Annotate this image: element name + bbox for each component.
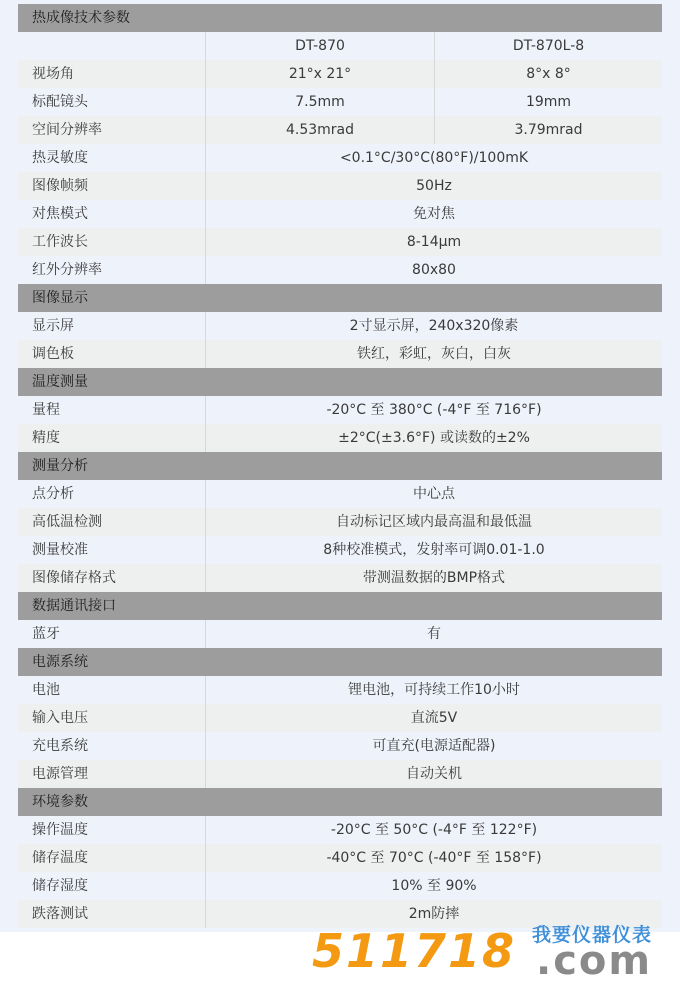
- table-row: 图像储存格式 带测温数据的BMP格式: [18, 564, 662, 592]
- row-value: 免对焦: [206, 200, 662, 228]
- row-value: 50Hz: [206, 172, 662, 200]
- table-row: 储存湿度 10% 至 90%: [18, 872, 662, 900]
- row-value: 8-14μm: [206, 228, 662, 256]
- row-label: 充电系统: [18, 732, 206, 760]
- section-header-image-display: 图像显示: [18, 284, 662, 312]
- row-value: 80x80: [206, 256, 662, 284]
- table-row: 蓝牙 有: [18, 620, 662, 648]
- row-value: 4.53mrad: [206, 116, 435, 144]
- row-value: 自动关机: [206, 760, 662, 788]
- row-label: 高低温检测: [18, 508, 206, 536]
- table-row: 红外分辨率 80x80: [18, 256, 662, 284]
- section-header-power-system: 电源系统: [18, 648, 662, 676]
- row-label: 输入电压: [18, 704, 206, 732]
- row-value: 8°x 8°: [435, 60, 662, 88]
- section-header-data-interface: 数据通讯接口: [18, 592, 662, 620]
- row-label: 工作波长: [18, 228, 206, 256]
- section-header-environment: 环境参数: [18, 788, 662, 816]
- section-header-temperature-measurement: 温度测量: [18, 368, 662, 396]
- row-label: 显示屏: [18, 312, 206, 340]
- row-label: 储存湿度: [18, 872, 206, 900]
- table-row: 高低温检测 自动标记区域内最高温和最低温: [18, 508, 662, 536]
- row-label: 视场角: [18, 60, 206, 88]
- row-label: 对焦模式: [18, 200, 206, 228]
- row-value: -20°C 至 380°C (-4°F 至 716°F): [206, 396, 662, 424]
- table-row: 电池 锂电池，可持续工作10小时: [18, 676, 662, 704]
- row-label: 量程: [18, 396, 206, 424]
- table-row: 充电系统 可直充(电源适配器): [18, 732, 662, 760]
- table-row: 图像帧频 50Hz: [18, 172, 662, 200]
- logo-number: 511718: [312, 924, 516, 978]
- row-label: 蓝牙: [18, 620, 206, 648]
- watermark-logo: 511718 我要仪器仪表 .com: [312, 918, 672, 988]
- row-label: 精度: [18, 424, 206, 452]
- logo-domain: .com: [536, 938, 652, 984]
- row-value: 中心点: [206, 480, 662, 508]
- row-value: 21°x 21°: [206, 60, 435, 88]
- table-row: 量程 -20°C 至 380°C (-4°F 至 716°F): [18, 396, 662, 424]
- row-value: 铁红，彩虹，灰白，白灰: [206, 340, 662, 368]
- row-value: 直流5V: [206, 704, 662, 732]
- row-label: 电池: [18, 676, 206, 704]
- model-name: DT-870L-8: [435, 32, 662, 60]
- row-value: 3.79mrad: [435, 116, 662, 144]
- table-row: 测量校准 8种校准模式，发射率可调0.01-1.0: [18, 536, 662, 564]
- row-value: <0.1°C/30°C(80°F)/100mK: [206, 144, 662, 172]
- table-row: 调色板 铁红，彩虹，灰白，白灰: [18, 340, 662, 368]
- row-label: 空间分辨率: [18, 116, 206, 144]
- row-label: 跌落测试: [18, 900, 206, 928]
- row-value: 2寸显示屏，240x320像素: [206, 312, 662, 340]
- table-row: 标配镜头 7.5mm 19mm: [18, 88, 662, 116]
- table-row: 空间分辨率 4.53mrad 3.79mrad: [18, 116, 662, 144]
- row-label: 电源管理: [18, 760, 206, 788]
- table-row: 工作波长 8-14μm: [18, 228, 662, 256]
- row-value: 有: [206, 620, 662, 648]
- section-header-thermal-imaging: 热成像技术参数: [18, 4, 662, 32]
- table-row: 输入电压 直流5V: [18, 704, 662, 732]
- table-row: 点分析 中心点: [18, 480, 662, 508]
- row-label: 标配镜头: [18, 88, 206, 116]
- row-label: 储存温度: [18, 844, 206, 872]
- table-row: 热灵敏度 <0.1°C/30°C(80°F)/100mK: [18, 144, 662, 172]
- row-value: 可直充(电源适配器): [206, 732, 662, 760]
- table-row: 储存温度 -40°C 至 70°C (-40°F 至 158°F): [18, 844, 662, 872]
- row-value: 8种校准模式，发射率可调0.01-1.0: [206, 536, 662, 564]
- row-label: 红外分辨率: [18, 256, 206, 284]
- row-value: ±2°C(±3.6°F) 或读数的±2%: [206, 424, 662, 452]
- model-name: DT-870: [206, 32, 435, 60]
- table-row: 视场角 21°x 21° 8°x 8°: [18, 60, 662, 88]
- table-row: 精度 ±2°C(±3.6°F) 或读数的±2%: [18, 424, 662, 452]
- row-value: 10% 至 90%: [206, 872, 662, 900]
- row-label: 调色板: [18, 340, 206, 368]
- row-value: 7.5mm: [206, 88, 435, 116]
- spec-table: 热成像技术参数 DT-870 DT-870L-8 视场角 21°x 21° 8°…: [18, 4, 662, 928]
- table-row: 操作温度 -20°C 至 50°C (-4°F 至 122°F): [18, 816, 662, 844]
- row-value: -40°C 至 70°C (-40°F 至 158°F): [206, 844, 662, 872]
- row-label: 图像储存格式: [18, 564, 206, 592]
- row-label: 热灵敏度: [18, 144, 206, 172]
- row-label: 点分析: [18, 480, 206, 508]
- model-header-row: DT-870 DT-870L-8: [18, 32, 662, 60]
- row-label: 测量校准: [18, 536, 206, 564]
- table-row: 对焦模式 免对焦: [18, 200, 662, 228]
- table-row: 显示屏 2寸显示屏，240x320像素: [18, 312, 662, 340]
- table-row: 电源管理 自动关机: [18, 760, 662, 788]
- section-header-measurement-analysis: 测量分析: [18, 452, 662, 480]
- row-value: 带测温数据的BMP格式: [206, 564, 662, 592]
- row-value: 自动标记区域内最高温和最低温: [206, 508, 662, 536]
- row-label: 操作温度: [18, 816, 206, 844]
- row-value: -20°C 至 50°C (-4°F 至 122°F): [206, 816, 662, 844]
- row-value: 19mm: [435, 88, 662, 116]
- row-value: 锂电池，可持续工作10小时: [206, 676, 662, 704]
- row-label: [18, 32, 206, 60]
- row-label: 图像帧频: [18, 172, 206, 200]
